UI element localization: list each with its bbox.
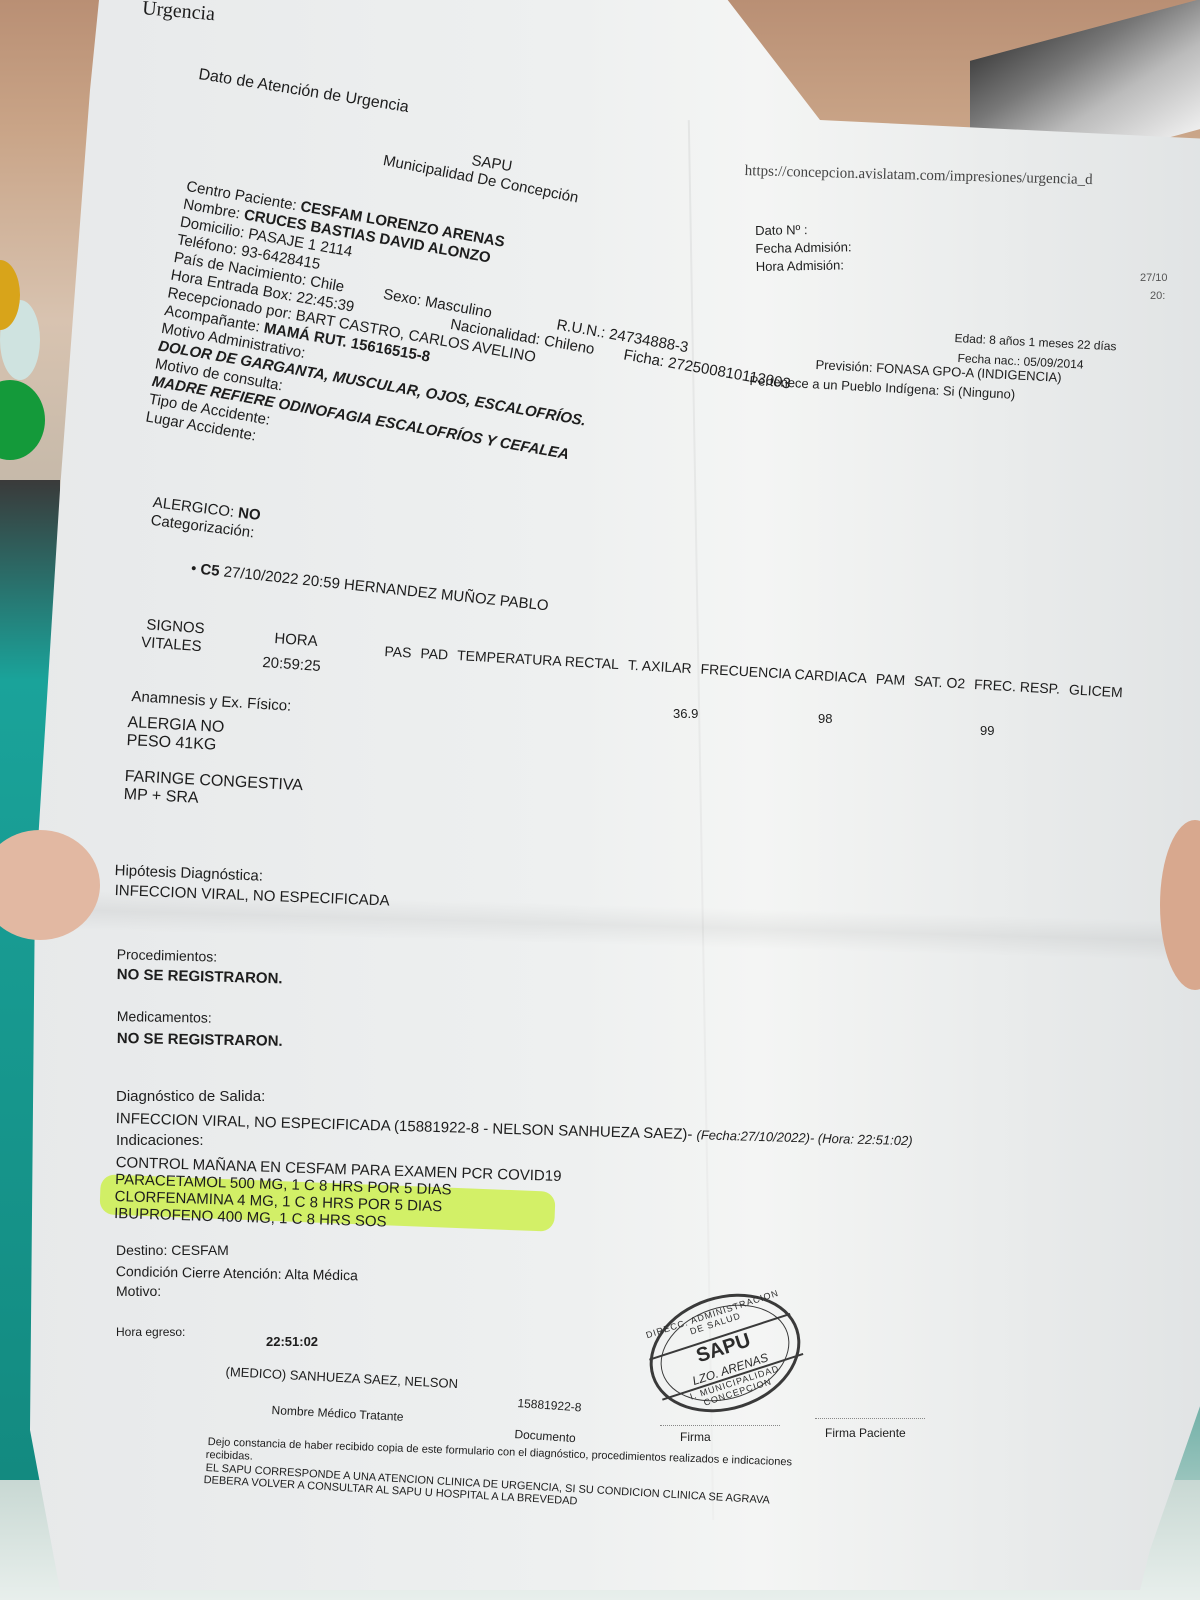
destino-row: Destino: CESFAM <box>116 1242 229 1259</box>
firma-paciente-label: Firma Paciente <box>825 1426 906 1440</box>
hora-admision-value: 20: <box>1150 290 1165 302</box>
anamnesis-lines: ALERGIA NOPESO 41KG FARINGE CONGESTIVAMP… <box>123 714 306 813</box>
vitals-column-header: SAT. O2 <box>914 673 966 692</box>
admission-block: Dato Nº : Fecha Admisión: Hora Admisión: <box>755 220 852 276</box>
vital-frecuencia-cardiaca: 98 <box>818 710 832 727</box>
edad-label: Edad: <box>954 331 986 347</box>
vitals-column-header: PAM <box>875 670 905 688</box>
prevision-label: Previsión: <box>815 357 873 375</box>
destino-value: CESFAM <box>171 1242 229 1258</box>
hora-admision-label: Hora Admisión: <box>756 256 852 276</box>
motivo-label: Motivo: <box>116 1283 161 1300</box>
constancia-cont: recibidas. <box>206 1449 253 1463</box>
vital-t-axilar: 36.9 <box>673 705 698 722</box>
condicion-label: Condición Cierre Atención: <box>116 1263 282 1282</box>
medicamentos-label: Medicamentos: <box>117 1008 212 1027</box>
indicaciones-list: CONTROL MAÑANA EN CESFAM PARA EXAMEN PCR… <box>114 1154 562 1236</box>
fecha-admision-label: Fecha Admisión: <box>755 238 851 258</box>
firma-label: Firma <box>680 1430 711 1444</box>
dato-label: Dato Nº : <box>755 220 851 240</box>
procedimientos-label: Procedimientos: <box>117 946 218 966</box>
indicaciones-label: Indicaciones: <box>116 1132 204 1149</box>
balloon-green <box>0 380 45 460</box>
vitals-column-header: FREC. RESP. <box>974 676 1061 697</box>
top-left-title: Urgencia <box>142 0 216 23</box>
hora-egreso-label: Hora egreso: <box>116 1325 185 1339</box>
vital-sat-o2: 99 <box>980 722 994 739</box>
firma-line <box>660 1425 780 1426</box>
destino-label: Destino: <box>116 1242 167 1258</box>
hora-egreso-value: 22:51:02 <box>266 1335 318 1349</box>
condicion-value: Alta Médica <box>285 1266 358 1283</box>
vitals-label: SIGNOS VITALES <box>140 616 205 656</box>
vitals-column-header: PAS <box>384 643 412 660</box>
categorizacion-code: C5 <box>200 561 221 580</box>
firma-paciente-line <box>815 1418 925 1419</box>
medicamentos-value: NO SE REGISTRARON. <box>117 1030 283 1050</box>
vitals-column-header: GLICEM <box>1069 681 1123 700</box>
fecha-admision-value: 27/10 <box>1140 272 1168 284</box>
salida-label: Diagnóstico de Salida: <box>116 1088 265 1105</box>
alergico-value: NO <box>237 504 261 524</box>
vitals-column-header: T. AXILAR <box>628 657 693 677</box>
vitals-column-header: PAD <box>420 645 449 663</box>
pueblo-value: Si (Ninguno) <box>943 383 1016 402</box>
vitals-hora-header: HORA <box>274 630 318 650</box>
